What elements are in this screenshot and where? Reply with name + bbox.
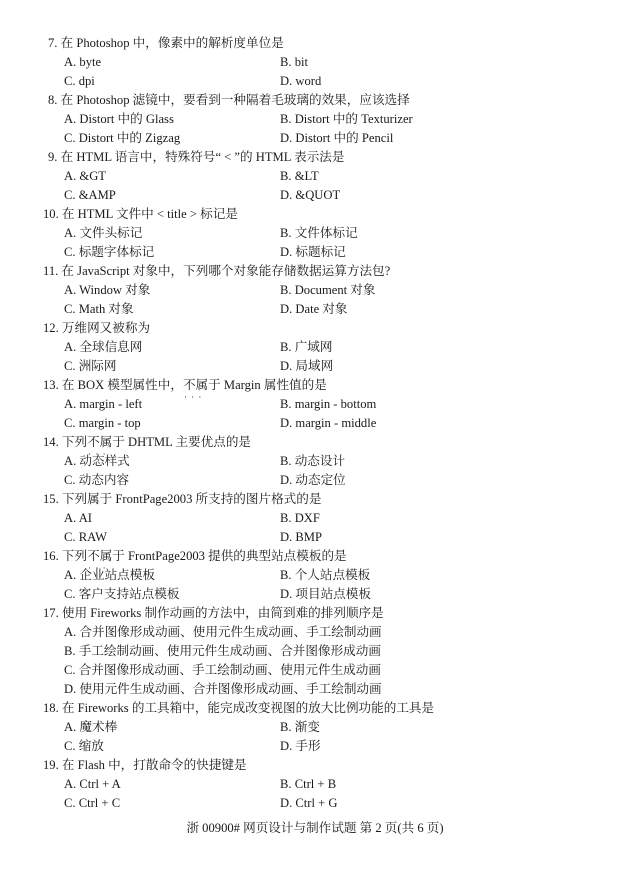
option-a: A. 文件头标记: [64, 224, 142, 243]
option-d: D. Ctrl + G: [280, 794, 337, 813]
option-a: A. Ctrl + A: [64, 775, 121, 794]
option-c: C. Distort 中的 Zigzag: [64, 129, 180, 148]
option-d: D. Date 对象: [280, 300, 348, 319]
option-b: B. Document 对象: [280, 281, 376, 300]
option-c: C. 合并图像形成动画、手工绘制动画、使用元件生成动画: [64, 661, 381, 680]
option-a: A. &GT: [64, 167, 106, 186]
stem-text: 13. 在 BOX 模型属性中，: [43, 378, 183, 392]
option-a: A. 魔术棒: [64, 718, 117, 737]
question-stem: 19. 在 Flash 中，打散命令的快捷键是: [43, 756, 247, 775]
option-d: D. word: [280, 72, 321, 91]
option-a: A. margin - left: [64, 395, 142, 414]
option-d: D. Distort 中的 Pencil: [280, 129, 393, 148]
option-c: C. Ctrl + C: [64, 794, 120, 813]
option-b: B. &LT: [280, 167, 319, 186]
option-c: C. dpi: [64, 72, 95, 91]
option-c: C. &AMP: [64, 186, 116, 205]
stem-text: DHTML 主要优点的是: [125, 435, 251, 449]
option-d: D. 项目站点模板: [280, 585, 371, 604]
exam-page: 7. 在 Photoshop 中，像素中的解析度单位是 A. byte B. b…: [0, 0, 630, 889]
option-c: C. 客户支持站点模板: [64, 585, 179, 604]
question-stem: 8. 在 Photoshop 滤镜中，要看到一种隔着毛玻璃的效果，应该选择: [48, 91, 410, 110]
option-d: D. 使用元件生成动画、合并图像形成动画、手工绘制动画: [64, 680, 382, 699]
page-footer: 浙 00900# 网页设计与制作试题 第 2 页(共 6 页): [0, 817, 630, 836]
option-a: A. Window 对象: [64, 281, 150, 300]
option-b: B. 渐变: [280, 718, 320, 737]
emphasized-text: 不属于: [87, 549, 125, 563]
question-stem: 7. 在 Photoshop 中，像素中的解析度单位是: [48, 34, 284, 53]
option-b: B. 广域网: [280, 338, 332, 357]
option-b: B. 个人站点模板: [280, 566, 370, 585]
question-stem: 9. 在 HTML 语言中，特殊符号“ < ”的 HTML 表示法是: [48, 148, 345, 167]
option-a: A. 合并图像形成动画、使用元件生成动画、手工绘制动画: [64, 623, 382, 642]
option-d: D. &QUOT: [280, 186, 340, 205]
option-c: C. Math 对象: [64, 300, 134, 319]
option-c: C. RAW: [64, 528, 107, 547]
question-stem: 17. 使用 Fireworks 制作动画的方法中，由简到难的排列顺序是: [43, 604, 384, 623]
option-a: A. Distort 中的 Glass: [64, 110, 174, 129]
emphasized-text: 不属于: [183, 378, 221, 392]
question-stem: 11. 在 JavaScript 对象中，下列哪个对象能存储数据运算方法包?: [43, 262, 390, 281]
option-a: A. 全球信息网: [64, 338, 142, 357]
question-stem: 13. 在 BOX 模型属性中，不属于 Margin 属性值的是: [43, 376, 327, 395]
option-d: D. 动态定位: [280, 471, 346, 490]
option-d: D. BMP: [280, 528, 322, 547]
option-c: C. 动态内容: [64, 471, 129, 490]
option-b: B. DXF: [280, 509, 320, 528]
option-b: B. 手工绘制动画、使用元件生成动画、合并图像形成动画: [64, 642, 381, 661]
stem-text: FrontPage2003 提供的典型站点模板的是: [125, 549, 347, 563]
option-c: C. 标题字体标记: [64, 243, 154, 262]
option-d: D. 局域网: [280, 357, 333, 376]
option-d: D. 标题标记: [280, 243, 346, 262]
option-b: B. margin - bottom: [280, 395, 376, 414]
option-b: B. Ctrl + B: [280, 775, 336, 794]
stem-text: 16. 下列: [43, 549, 87, 563]
option-a: A. byte: [64, 53, 101, 72]
option-b: B. 文件体标记: [280, 224, 358, 243]
option-a: A. AI: [64, 509, 92, 528]
question-stem: 14. 下列不属于 DHTML 主要优点的是: [43, 433, 251, 452]
option-d: D. 手形: [280, 737, 321, 756]
option-b: B. 动态设计: [280, 452, 345, 471]
question-stem: 12. 万维网又被称为: [43, 319, 150, 338]
question-stem: 15. 下列属于 FrontPage2003 所支持的图片格式的是: [43, 490, 321, 509]
option-c: C. margin - top: [64, 414, 141, 433]
question-stem: 16. 下列不属于 FrontPage2003 提供的典型站点模板的是: [43, 547, 347, 566]
option-a: A. 企业站点模板: [64, 566, 155, 585]
option-c: C. 洲际网: [64, 357, 116, 376]
stem-text: 14. 下列: [43, 435, 87, 449]
question-stem: 10. 在 HTML 文件中 < title > 标记是: [43, 205, 238, 224]
stem-text: Margin 属性值的是: [221, 378, 327, 392]
question-stem: 18. 在 Fireworks 的工具箱中，能完成改变视图的放大比例功能的工具是: [43, 699, 434, 718]
option-c: C. 缩放: [64, 737, 104, 756]
option-a: A. 动态样式: [64, 452, 130, 471]
option-b: B. Distort 中的 Texturizer: [280, 110, 413, 129]
option-d: D. margin - middle: [280, 414, 376, 433]
emphasized-text: 不属于: [87, 435, 125, 449]
option-b: B. bit: [280, 53, 308, 72]
